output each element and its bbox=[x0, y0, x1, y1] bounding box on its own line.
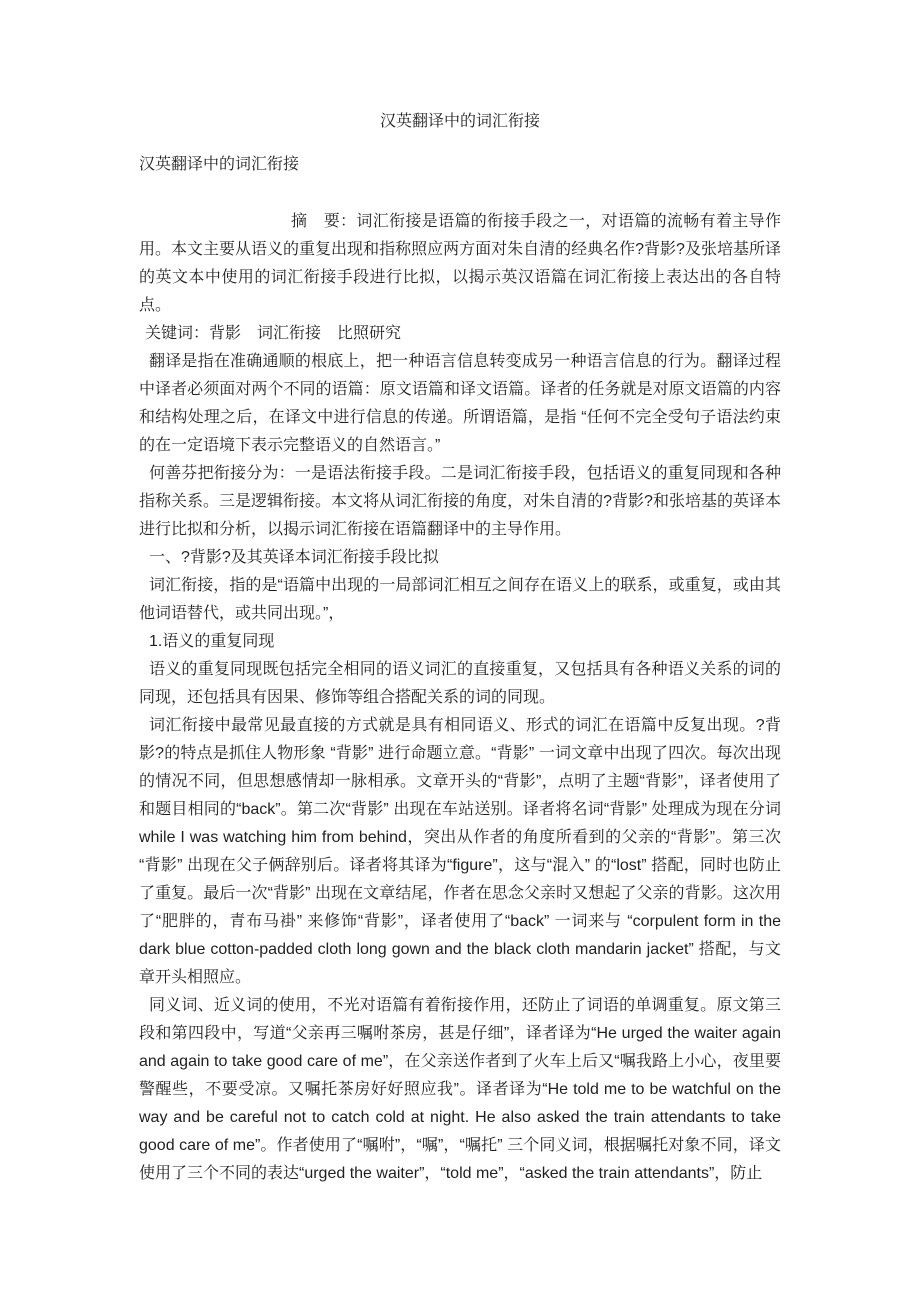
paragraph-lexical-cohesion-definition: 词汇衔接，指的是“语篇中出现的一局部词汇相互之间存在语义上的联系，或重复，或由其… bbox=[139, 572, 781, 628]
abstract-paragraph: 摘 要：词汇衔接是语篇的衔接手段之一，对语篇的流畅有着主导作用。本文主要从语义的… bbox=[139, 208, 781, 320]
paragraph-semantic-repetition-definition: 语义的重复同现既包括完全相同的语义词汇的直接重复，又包括具有各种语义关系的词的同… bbox=[139, 656, 781, 712]
paragraph-translation-definition: 翻译是指在准确通顺的根底上，把一种语言信息转变成另一种语言信息的行为。翻译过程中… bbox=[139, 348, 781, 460]
subsection-heading-semantic-repetition: 1.语义的重复同现 bbox=[139, 628, 781, 656]
paragraph-heshanfen-cohesion-types: 何善芬把衔接分为：一是语法衔接手段。二是词汇衔接手段，包括语义的重复同现和各种指… bbox=[139, 460, 781, 544]
paragraph-beiying-occurrences-analysis: 词汇衔接中最常见最直接的方式就是具有相同语义、形式的词汇在语篇中反复出现。?背影… bbox=[139, 712, 781, 992]
section-heading-one: 一、?背影?及其英译本词汇衔接手段比拟 bbox=[139, 544, 781, 572]
document-title: 汉英翻译中的词汇衔接 bbox=[139, 108, 781, 136]
document-subtitle: 汉英翻译中的词汇衔接 bbox=[139, 151, 781, 179]
keywords-line: 关键词：背影 词汇衔接 比照研究 bbox=[139, 320, 781, 348]
paragraph-synonyms-analysis: 同义词、近义词的使用，不光对语篇有着衔接作用，还防止了词语的单调重复。原文第三段… bbox=[139, 992, 781, 1188]
document-page: 汉英翻译中的词汇衔接 汉英翻译中的词汇衔接 摘 要：词汇衔接是语篇的衔接手段之一… bbox=[0, 0, 920, 1302]
document-content: 汉英翻译中的词汇衔接 汉英翻译中的词汇衔接 摘 要：词汇衔接是语篇的衔接手段之一… bbox=[139, 0, 781, 1188]
